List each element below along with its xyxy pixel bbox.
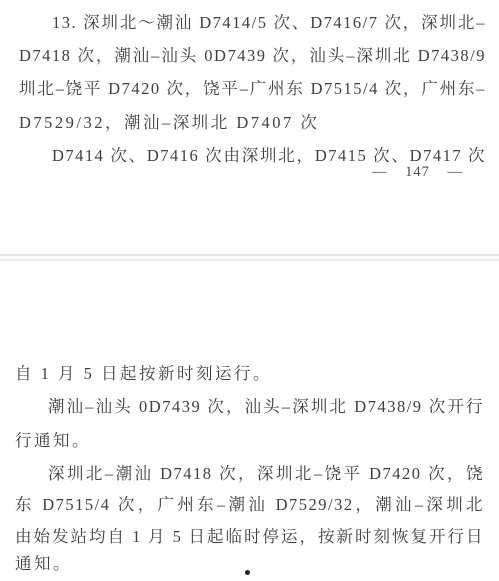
text-line: D7529/32，潮汕–深圳北 D7407 次 — [19, 111, 486, 135]
scanned-document-page: 13. 深圳北～潮汕 D7414/5 次、D7416/7 次，深圳北–潮汕 D7… — [0, 0, 499, 581]
page-number: — 147 — — [372, 161, 463, 183]
text-line: 圳北–饶平 D7420 次，饶平–广州东 D7515/4 次，广州东–潮汕 — [19, 77, 486, 101]
text-line: 行通知。 — [15, 429, 484, 453]
text-line: 东 D7515/4 次，广州东–潮汕 D7529/32，潮汕–深圳北 D7407… — [15, 493, 484, 517]
text-line: 潮汕–汕头 0D7439 次，汕头–深圳北 D7438/9 次开行日期另 — [15, 395, 484, 419]
text-line: 13. 深圳北～潮汕 D7414/5 次、D7416/7 次，深圳北–潮汕 — [19, 11, 486, 35]
page-divider — [0, 254, 499, 261]
text-line: 由始发站均自 1 月 5 日起临时停运，按新时刻恢复开行日期另行 — [15, 525, 484, 549]
text-line: D7418 次，潮汕–汕头 0D7439 次，汕头–深圳北 D7438/9 次，… — [19, 44, 486, 68]
ink-dot-artifact — [245, 570, 250, 575]
text-line: 自 1 月 5 日起按新时刻运行。 — [15, 362, 484, 386]
text-line: 深圳北–潮汕 D7418 次，深圳北–饶平 D7420 次，饶平–广州 — [15, 462, 484, 486]
